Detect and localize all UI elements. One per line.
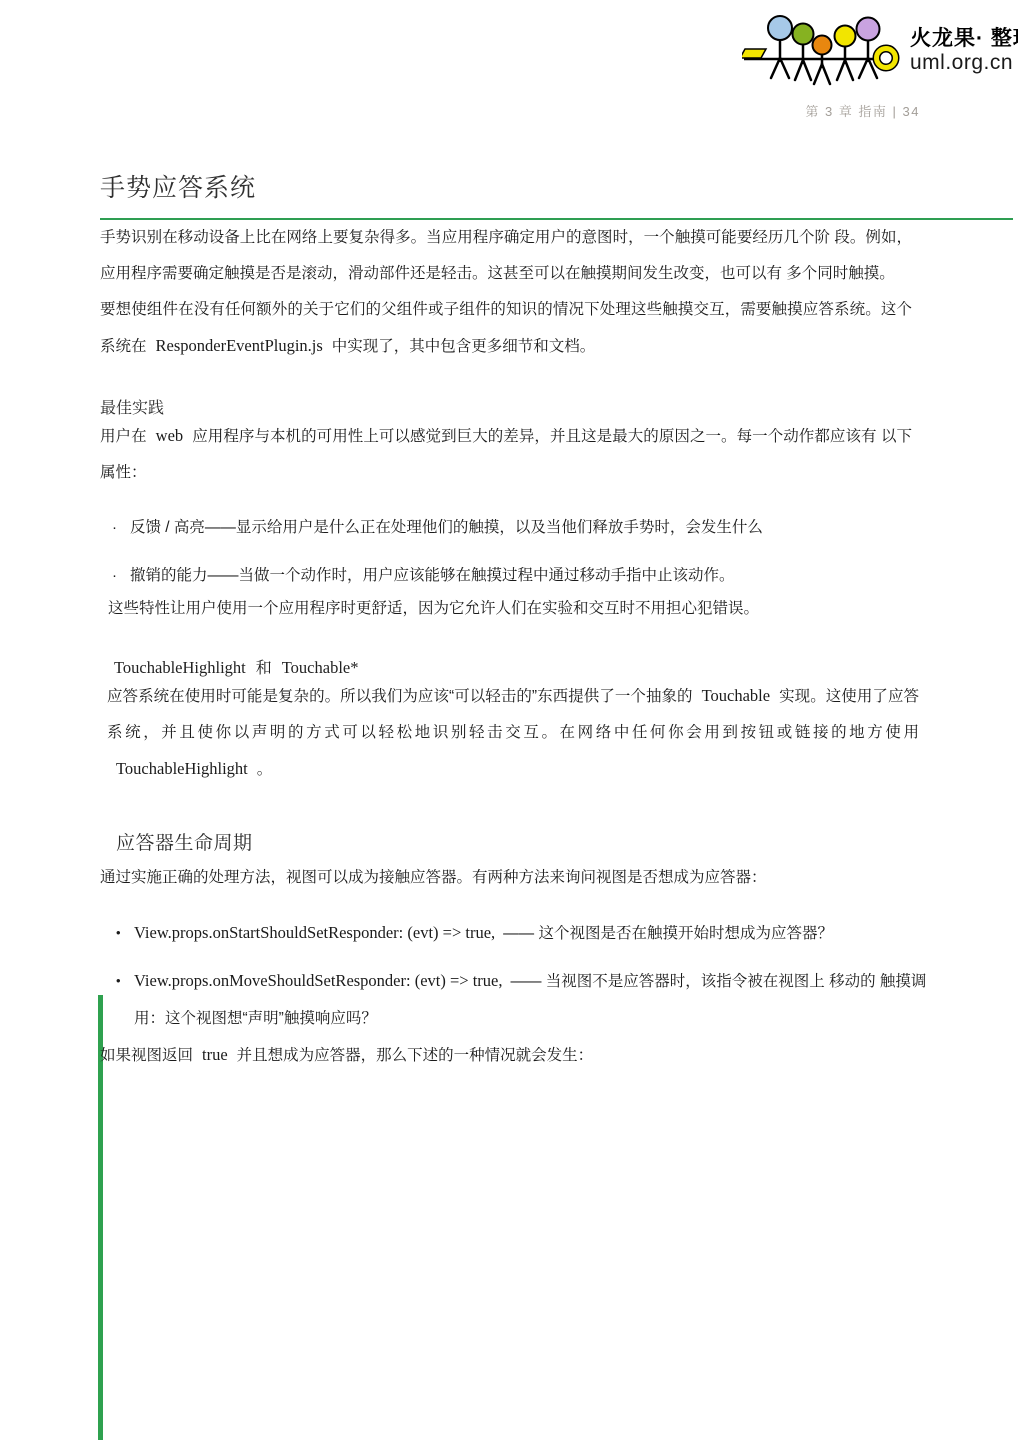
code-touchable-highlight: TouchableHighlight — [116, 759, 248, 778]
bullet-icon: · — [112, 561, 117, 591]
paragraph-responder-system: 要想使组件在没有任何额外的关于它们的父组件或子组件的知识的情况下处理这些触摸交互… — [100, 292, 912, 365]
paragraph-comfort-note: 这些特性让用户使用一个应用程序时更舒适，因为它允许人们在实验和交互时不用担心犯错… — [100, 591, 920, 627]
list-item: •View.props.onStartShouldSetResponder: (… — [100, 914, 930, 952]
bullet-icon: • — [116, 914, 121, 951]
paragraph-touchable-body: 应答系统在使用时可能是复杂的。所以我们为应该“可以轻击的”东西提供了一个抽象的T… — [100, 678, 919, 788]
code-touchable-star: Touchable* — [282, 658, 359, 677]
code-responder-event-plugin: ResponderEventPlugin.js — [156, 336, 323, 355]
logo-brand-text: 火龙果· 整理 — [910, 27, 1018, 51]
page-header-chapter-info: 第 3 章 指南 | 34 — [805, 101, 920, 120]
document-body: 手势应答系统 手势识别在移动设备上比在网络上要复杂得多。当应用程序确定用户的意图… — [100, 168, 1013, 1074]
stick-figures-logo-icon — [742, 12, 900, 90]
page-title: 手势应答系统 — [100, 168, 1013, 204]
code-touchable: Touchable — [702, 686, 770, 705]
list-item: ·反馈 / 高亮——显示给用户是什么正在处理他们的触摸，以及当他们释放手势时，会… — [100, 513, 900, 543]
code-true: true — [202, 1045, 228, 1064]
paragraph-gesture-intro: 手势识别在移动设备上比在网络上要复杂得多。当应用程序确定用户的意图时，一个触摸可… — [100, 220, 912, 292]
logo-site-text: uml.org.cn — [910, 51, 1018, 75]
code-on-start-should-set-responder: View.props.onStartShouldSetResponder: (e… — [134, 923, 495, 942]
paragraph-lifecycle-intro: 通过实施正确的处理方法，视图可以成为接触应答器。有两种方法来询问视图是否想成为应… — [100, 860, 912, 896]
code-touchable-highlight: TouchableHighlight — [114, 658, 246, 677]
paragraph-lifecycle-outro: 如果视图返回true并且想成为应答器，那么下述的一种情况就会发生： — [100, 1037, 912, 1074]
list-item: ·撤销的能力——当做一个动作时，用户应该能够在触摸过程中通过移动手指中止该动作。 — [100, 561, 900, 591]
list-item: •View.props.onMoveShouldSetResponder: (e… — [100, 962, 930, 1037]
heading-responder-lifecycle: 应答器生命周期 — [100, 822, 1013, 860]
code-on-move-should-set-responder: View.props.onMoveShouldSetResponder: (ev… — [134, 971, 503, 990]
best-practices-list: ·反馈 / 高亮——显示给用户是什么正在处理他们的触摸，以及当他们释放手势时，会… — [100, 513, 900, 591]
code-web: web — [156, 426, 184, 445]
heading-best-practices: 最佳实践 — [100, 395, 1013, 418]
heading-touchable-highlight: TouchableHighlight和Touchable* — [100, 655, 1013, 678]
bullet-icon: • — [116, 962, 121, 999]
paragraph-best-practices-intro: 用户在web应用程序与本机的可用性上可以感觉到巨大的差异，并且这是最大的原因之一… — [100, 418, 912, 491]
bullet-icon: · — [112, 513, 117, 543]
lifecycle-methods-list: •View.props.onStartShouldSetResponder: (… — [100, 914, 930, 1037]
site-logo: 火龙果· 整理 uml.org.cn — [742, 12, 1018, 90]
